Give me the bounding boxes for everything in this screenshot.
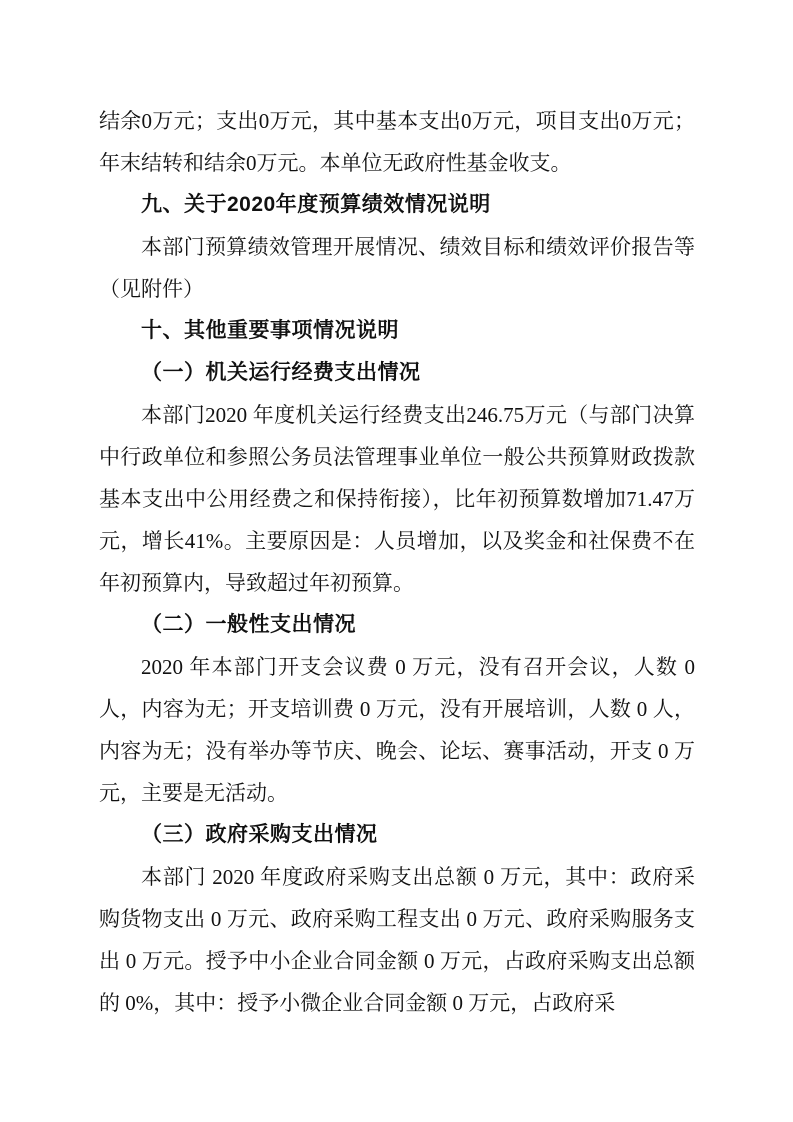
document-page: 结余0万元；支出0万元，其中基本支出0万元，项目支出0万元；年末结转和结余0万元…	[0, 0, 793, 1122]
subsection-heading-procurement: （三）政府采购支出情况	[99, 814, 695, 856]
document-content: 结余0万元；支出0万元，其中基本支出0万元，项目支出0万元；年末结转和结余0万元…	[99, 100, 695, 1024]
paragraph-carryover: 结余0万元；支出0万元，其中基本支出0万元，项目支出0万元；年末结转和结余0万元…	[99, 100, 695, 184]
paragraph-general-expense: 2020 年本部门开支会议费 0 万元，没有召开会议，人数 0 人，内容为无；开…	[99, 646, 695, 814]
section-heading-nine: 九、关于2020年度预算绩效情况说明	[99, 184, 695, 226]
paragraph-operating-expense: 本部门2020 年度机关运行经费支出246.75万元（与部门决算中行政单位和参照…	[99, 394, 695, 604]
paragraph-performance-note: 本部门预算绩效管理开展情况、绩效目标和绩效评价报告等（见附件）	[99, 226, 695, 310]
subsection-heading-general-expense: （二）一般性支出情况	[99, 604, 695, 646]
paragraph-procurement: 本部门 2020 年度政府采购支出总额 0 万元，其中：政府采购货物支出 0 万…	[99, 856, 695, 1024]
section-heading-ten: 十、其他重要事项情况说明	[99, 310, 695, 352]
subsection-heading-operating-expense: （一）机关运行经费支出情况	[99, 352, 695, 394]
